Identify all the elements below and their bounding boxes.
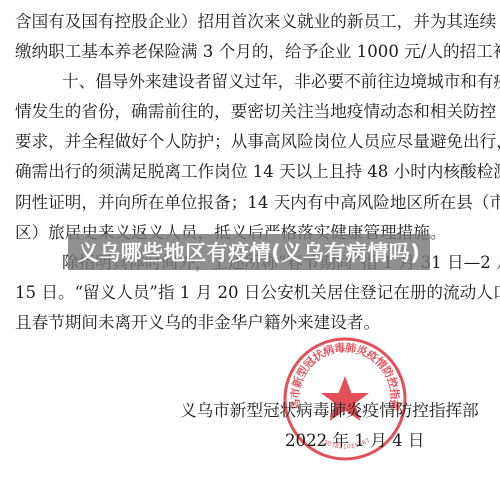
body-line-11: 且春节期间未离开义乌的非金华户籍外来建设者。 [15,308,487,338]
body-line-7: 阴性证明，并向所在单位报备；14 天内有中高风险地区所在县（市、 [15,188,487,218]
issuer-signature: 义乌市新型冠状病毒肺炎疫情防控指挥部 [180,396,476,426]
body-line-5: 要求，并全程做好个人防护；从事高风险岗位人员应尽量避免出行， [15,127,487,157]
title-overlay-banner: 义乌哪些地区有疫情(义乌有病情吗) [68,234,430,270]
body-line-4: 情发生的省份，确需前往的，要密切关注当地疫情动态和相关防控 [15,97,487,127]
issue-date: 2022 年 1 月 4 日 [285,426,403,456]
body-line-1: 含国有及国有控股企业）招用首次来义就业的新员工，并为其连续 [15,7,487,37]
body-line-10: 15 日。“留义人员”指 1 月 20 日公安机关居住登记在册的流动人口， [15,278,487,308]
document-page: 含国有及国有控股企业）招用首次来义就业的新员工，并为其连续 缴纳职工基本养老保险… [0,0,500,503]
banner-title: 义乌哪些地区有疫情(义乌有病情吗) [78,237,421,267]
body-line-6: 确需出行的须满足脱离工作岗位 14 天以上且持 48 小时内核酸检测 [15,157,487,187]
body-line-3: 十、倡导外来建设者留义过年，非必要不前往边境城市和有疫 [62,67,487,97]
body-line-2: 缴纳职工基本养老保险满 3 个月的，给予企业 1000 元/人的招工补助。 [15,37,487,67]
